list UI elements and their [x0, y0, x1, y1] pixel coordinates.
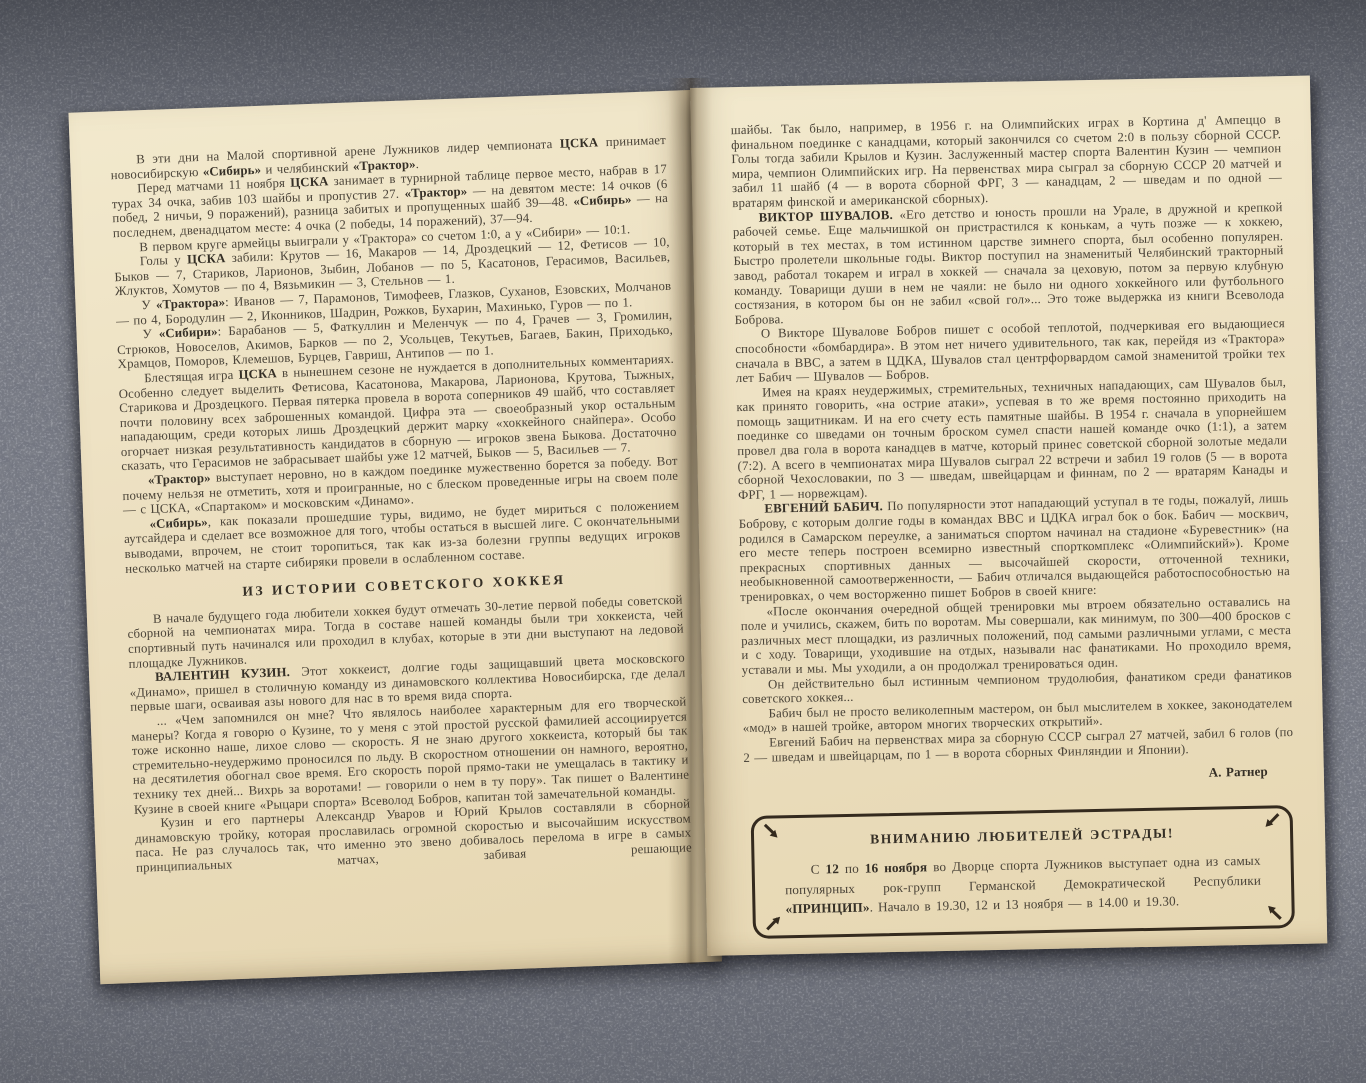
history-section-continued: шайбы. Так было, например, в 1956 г. на … — [731, 112, 1294, 765]
corner-ornament-icon — [764, 823, 777, 835]
concert-notice-box: ВНИМАНИЮ ЛЮБИТЕЛЕЙ ЭСТРАДЫ! С 12 по 16 н… — [751, 805, 1295, 939]
corner-ornament-icon — [1267, 813, 1279, 826]
paragraph: ЕВГЕНИЙ БАБИЧ. По популярности этот напа… — [738, 492, 1290, 605]
author-byline: А. Ратнер — [744, 765, 1268, 790]
left-page-text-column: В эти дни на Малой спортивной арене Лужн… — [110, 133, 695, 961]
paragraph: ВИКТОР ШУВАЛОВ. «Его детство и юность пр… — [732, 200, 1284, 328]
history-section: В начале будущего года любители хоккея б… — [127, 592, 692, 875]
corner-ornament-icon — [766, 918, 778, 931]
notice-title: ВНИМАНИЮ ЛЮБИТЕЛЕЙ ЭСТРАДЫ! — [784, 824, 1260, 848]
paragraph: О Викторе Шувалове Бобров пишет с особой… — [735, 316, 1286, 385]
paragraph: ... «Чем запомнился он мне? Что являлось… — [131, 695, 690, 817]
photo-of-open-programme: { "colors": { "carpet": "#6a6d75", "pape… — [0, 0, 1366, 1083]
paragraph: Блестящая игра ЦСКА в нынешнем сезоне не… — [118, 352, 677, 474]
paragraph: шайбы. Так было, например, в 1956 г. на … — [731, 112, 1283, 211]
paragraph: «После окончания очередной общей трениро… — [740, 594, 1291, 678]
programme-left-page: В эти дни на Малой спортивной арене Лужн… — [68, 90, 722, 984]
paragraph: Имея на краях неудержимых, стремительных… — [736, 375, 1288, 503]
programme-right-page: шайбы. Так было, например, в 1956 г. на … — [690, 76, 1327, 956]
corner-ornament-icon — [1269, 908, 1282, 920]
notice-body: С 12 по 16 ноября во Дворце спорта Лужни… — [785, 851, 1262, 919]
right-page-text-column: шайбы. Так было, например, в 1956 г. на … — [731, 112, 1297, 935]
news-section: В эти дни на Малой спортивной арене Лужн… — [110, 133, 681, 576]
